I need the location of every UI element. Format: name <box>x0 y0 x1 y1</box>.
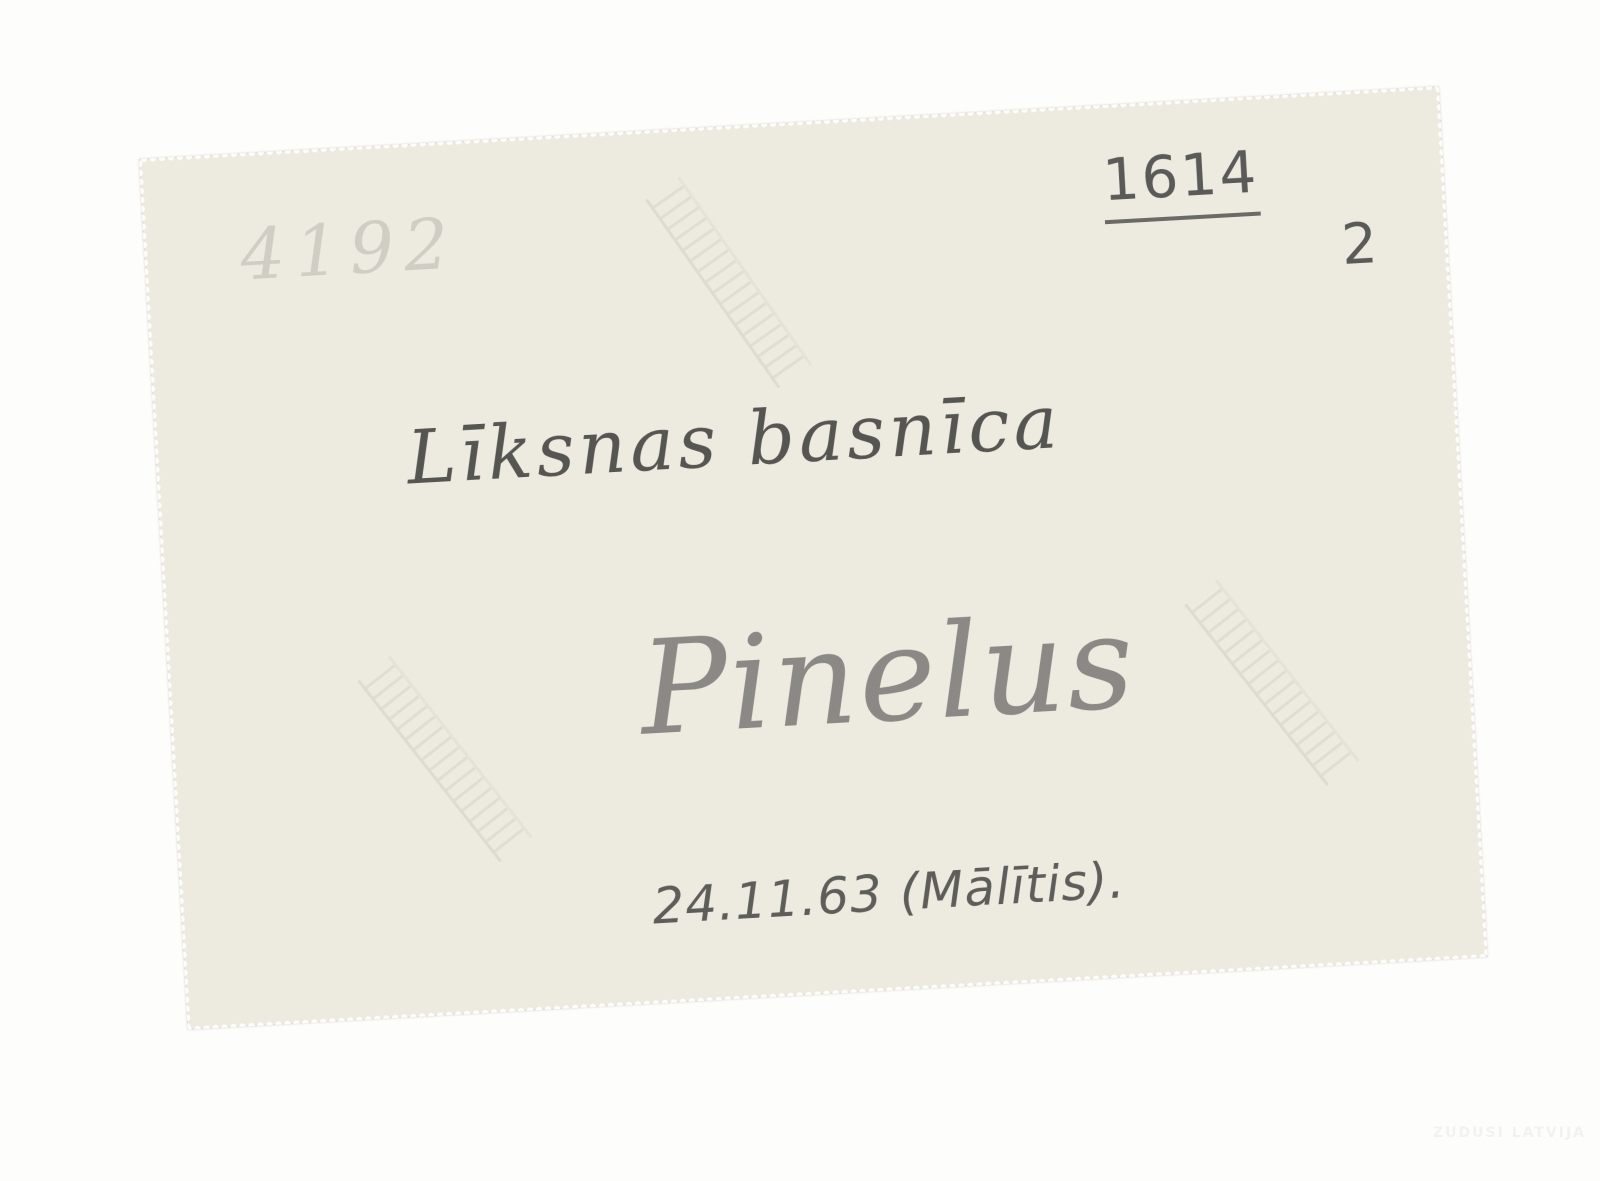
handwritten-title: Līksnas basnīca <box>405 379 1064 501</box>
date-and-author: 24.11.63 (Mālītis). <box>651 851 1127 935</box>
faint-pencil-id: 4192 <box>238 202 460 296</box>
catalog-number: 1614 <box>1101 138 1261 225</box>
handwritten-signature: Pinelus <box>636 585 1139 764</box>
photo-card-verso: 4192 1614 2 Līksnas basnīca Pinelus 24.1… <box>140 87 1487 1028</box>
embossed-paper-mark <box>645 176 812 388</box>
embossed-paper-mark <box>1184 579 1359 786</box>
embossed-paper-mark <box>357 656 532 863</box>
watermark: ZUDUSI LATVIJA <box>1433 1125 1586 1141</box>
catalog-suffix: 2 <box>1340 211 1379 278</box>
